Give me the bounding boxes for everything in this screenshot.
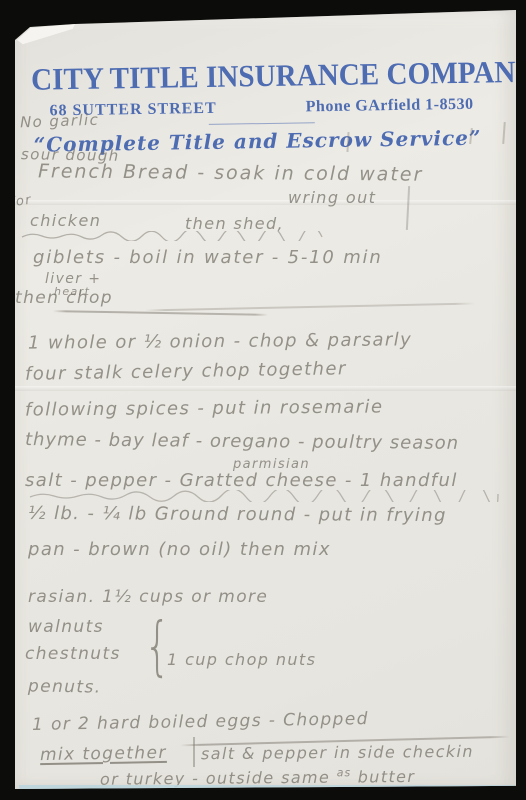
pencil-divider-stroke: [193, 737, 195, 767]
recipe-line-then-chop: then chop: [15, 288, 113, 308]
recipe-line-french-bread: French Bread - soak in cold water: [38, 160, 424, 185]
recipe-line-pan-brown: pan - brown (no oil) then mix: [28, 539, 331, 560]
recipe-line-spices: following spices - put in rosemarie: [25, 396, 384, 420]
note-for: for: [9, 193, 33, 211]
note-no-garlic: No garlic: [20, 111, 100, 132]
recipe-line-giblets: giblets - boil in water - 5-10 min: [33, 247, 383, 268]
letterhead-print: CITY TITLE INSURANCE COMPANY 68 SUTTER S…: [15, 6, 516, 14]
fold-crease: [15, 200, 516, 205]
letterhead-page: CITY TITLE INSURANCE COMPANY 68 SUTTER S…: [15, 10, 516, 789]
recipe-line-walnuts: walnuts: [28, 617, 104, 637]
phone-number: Phone GArfield 1-8530: [306, 96, 474, 117]
torn-corner: [17, 24, 75, 46]
recipe-line-salt-inside: salt & pepper in side checkin: [201, 742, 474, 763]
pencil-underline: [53, 310, 268, 315]
recipe-line-chestnuts: chestnuts: [25, 644, 121, 664]
recipe-line-celery: four stalk celery chop together: [25, 358, 347, 385]
scan-edge-artifact: [19, 785, 514, 789]
recipe-line-onion: 1 whole or ½ onion - chop & parsarly: [28, 329, 412, 353]
recipe-line-raisins: rasian. 1½ cups or more: [28, 587, 268, 607]
recipe-line-wring-out: wring out: [288, 188, 376, 207]
header-divider-line: [209, 122, 315, 125]
company-name: CITY TITLE INSURANCE COMPANY: [31, 54, 502, 97]
recipe-line-eggs: 1 or 2 hard boiled eggs - Chopped: [32, 709, 369, 735]
scanner-background: { "colors":{ "background":"#0c0c0b", "pa…: [0, 0, 526, 800]
stray-pencil-stroke: [406, 186, 410, 230]
wavy-underline: [28, 490, 500, 502]
pencil-underline: [145, 303, 475, 311]
recipe-line-peanuts: penuts.: [28, 676, 102, 697]
recipe-line-ground-round: ½ lb. - ¼ lb Ground round - put in fryin…: [28, 503, 447, 526]
recipe-line-mix-together: mix together: [40, 743, 167, 765]
fold-crease: [15, 386, 516, 391]
recipe-line-cup-nuts: 1 cup chop nuts: [167, 650, 316, 669]
turkey-text: butter: [351, 767, 415, 787]
recipe-line-thyme: thyme - bay leaf - oregano - poultry sea…: [25, 429, 459, 454]
recipe-line-salt-pepper: salt - pepper - Gratted cheese - 1 handf…: [25, 470, 458, 491]
stray-pencil-stroke: [502, 122, 505, 144]
turkey-superscript: as: [337, 766, 352, 779]
note-chicken: chicken: [30, 211, 101, 230]
wavy-underline: [20, 231, 325, 241]
brace-mark: {: [144, 610, 170, 684]
